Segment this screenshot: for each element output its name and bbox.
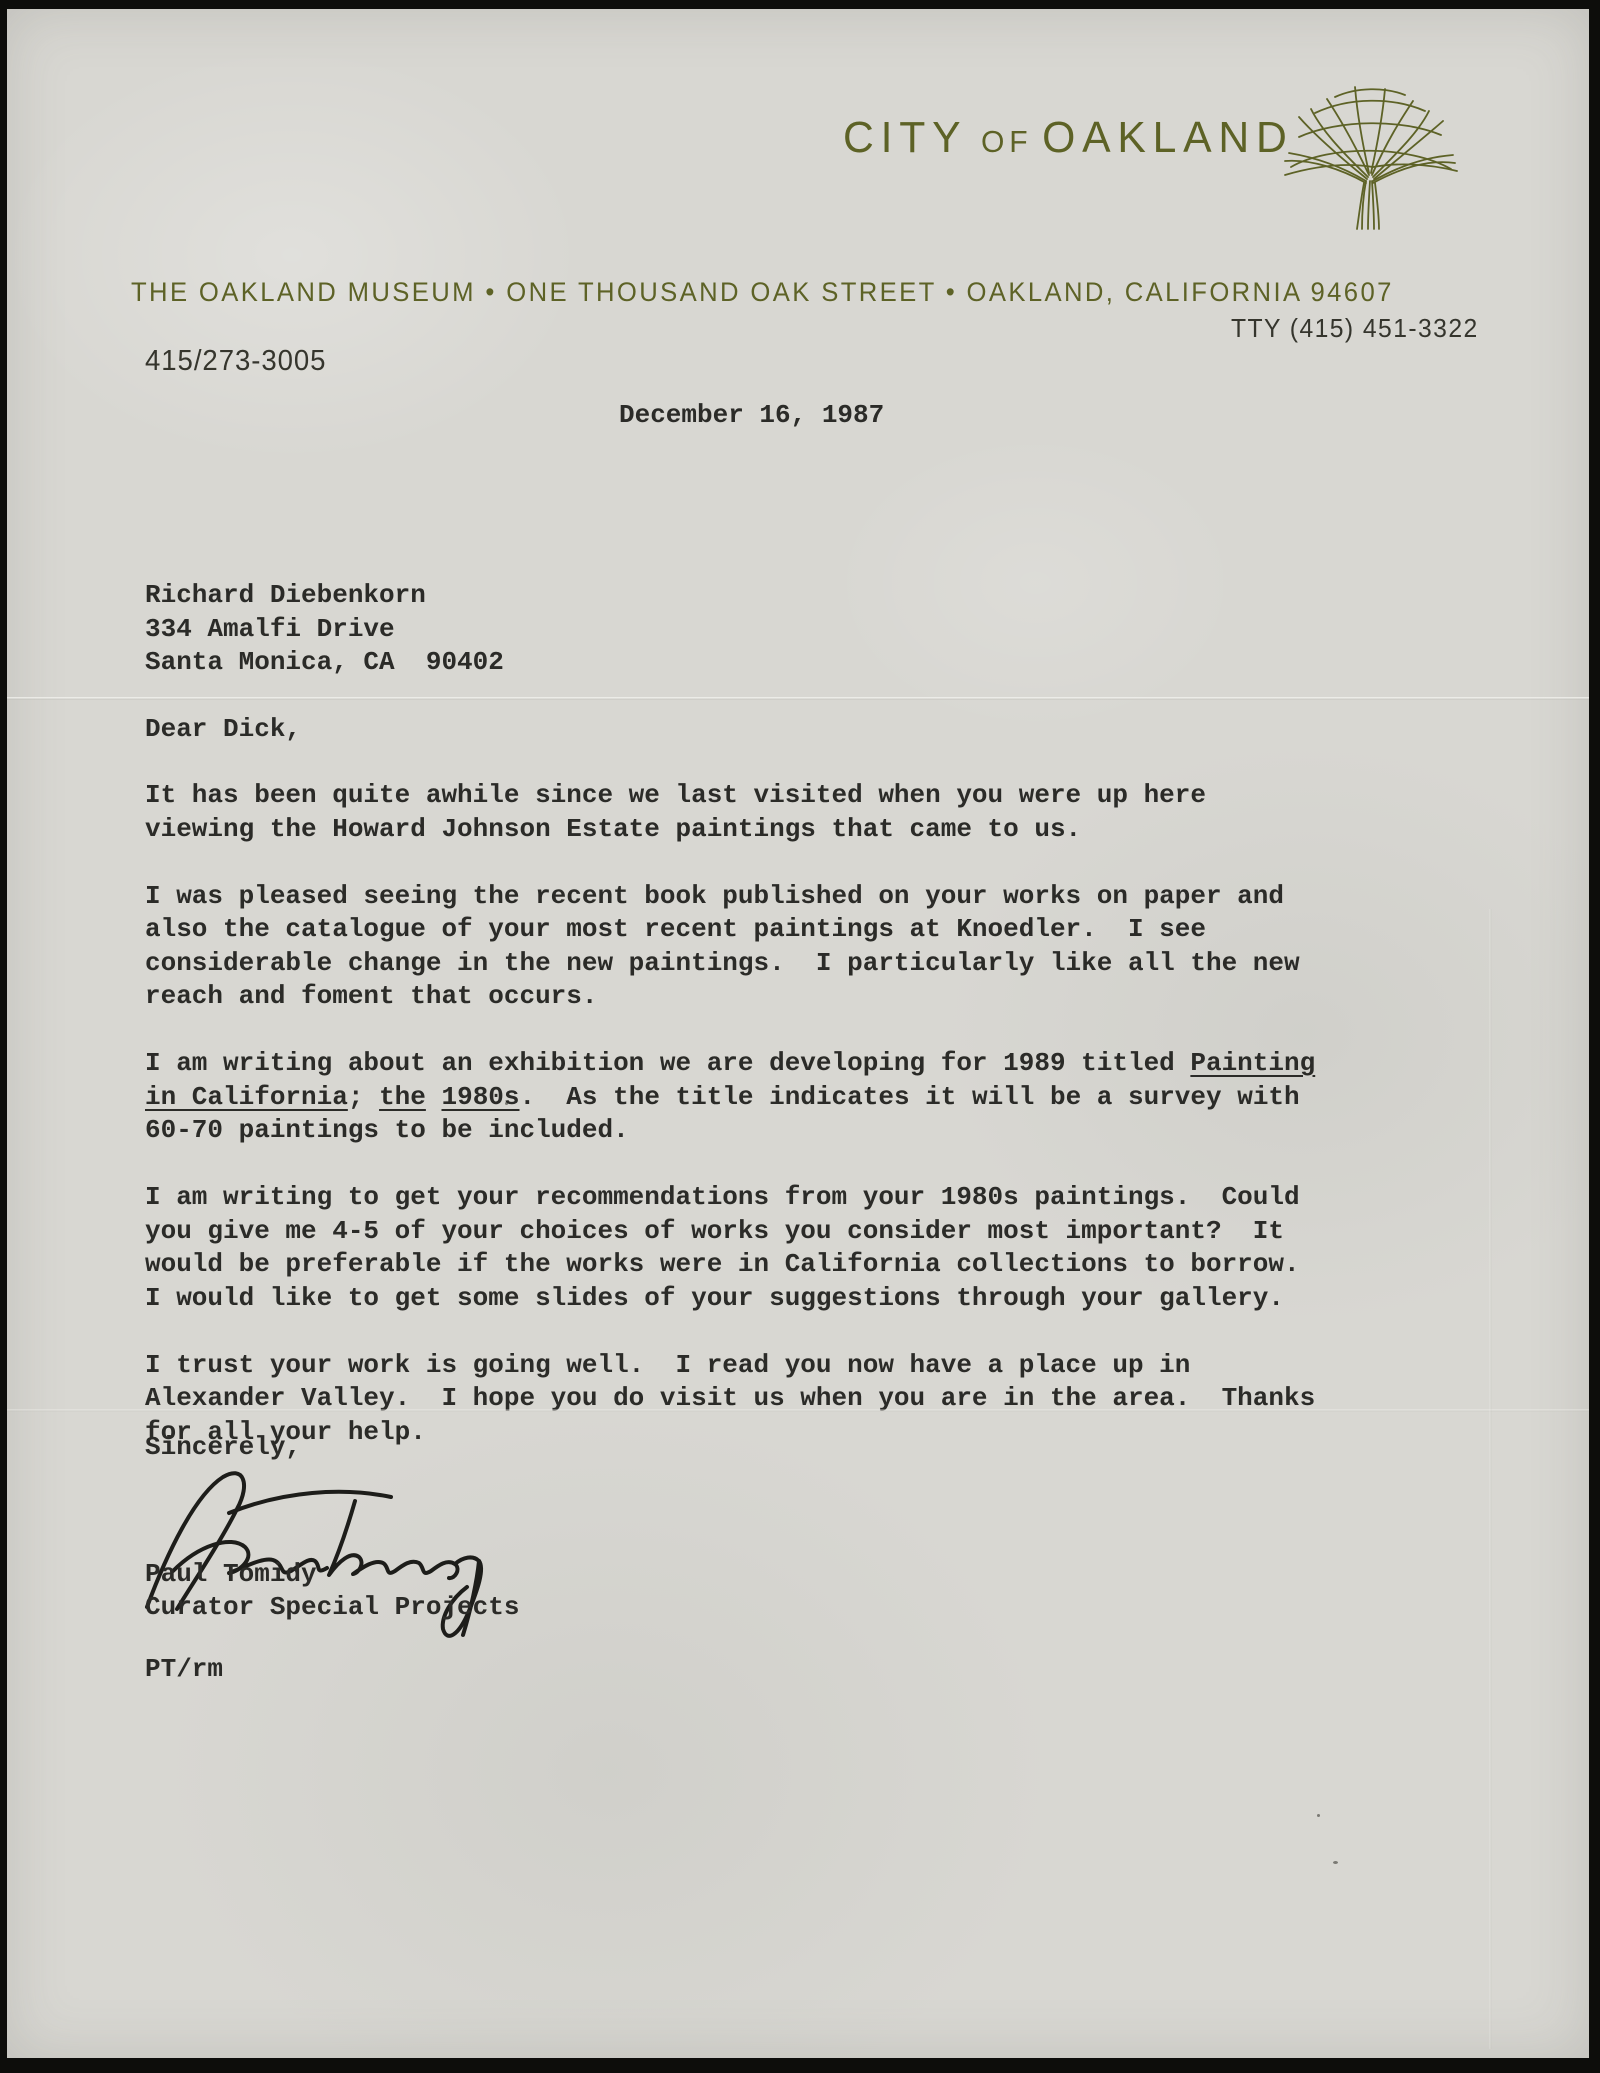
text-line: in California; the 1980s. As the title i…	[145, 1081, 1495, 1115]
paper-fold-crease	[7, 1409, 1589, 1412]
paper-fold-crease	[7, 697, 1589, 700]
text-line: considerable change in the new paintings…	[145, 947, 1495, 981]
reference-initials: PT/rm	[145, 1653, 223, 1687]
text-line: reach and foment that occurs.	[145, 980, 1495, 1014]
paragraph: I was pleased seeing the recent book pub…	[145, 880, 1495, 1014]
address-line: Santa Monica, CA 90402	[145, 646, 504, 680]
signer-name: Paul Tomidy	[145, 1558, 317, 1592]
text-line: for all your help.	[145, 1416, 1495, 1450]
paper-crease-vertical	[1489, 909, 1492, 2049]
salutation: Dear Dick,	[145, 713, 301, 747]
dust-speck	[1317, 1814, 1320, 1817]
address-line: Richard Diebenkorn	[145, 579, 504, 613]
address-line: 334 Amalfi Drive	[145, 613, 504, 647]
text-line: I was pleased seeing the recent book pub…	[145, 880, 1495, 914]
text-line: I am writing to get your recommendations…	[145, 1181, 1495, 1215]
dust-speck	[505, 1102, 508, 1105]
letterhead-title: CITYOFOAKLAND	[843, 113, 1294, 163]
letterhead-tty: TTY (415) 451-3322	[1231, 313, 1479, 344]
letterhead-title-word: OAKLAND	[1042, 113, 1294, 163]
text-line: 60-70 paintings to be included.	[145, 1114, 1495, 1148]
paragraph: It has been quite awhile since we last v…	[145, 779, 1495, 846]
text-line: It has been quite awhile since we last v…	[145, 779, 1495, 813]
paragraphs: It has been quite awhile since we last v…	[145, 779, 1495, 1483]
oak-tree-logo-icon	[1269, 71, 1474, 231]
recipient-address: Richard Diebenkorn334 Amalfi DriveSanta …	[145, 579, 504, 680]
text-line: I am writing about an exhibition we are …	[145, 1047, 1495, 1081]
text-line: viewing the Howard Johnson Estate painti…	[145, 813, 1495, 847]
letter-date: December 16, 1987	[619, 399, 884, 433]
scanned-letter-page: { "colors": { "paper": "#d8d7d2", "scan_…	[0, 0, 1600, 2073]
letterhead-address-line: THE OAKLAND MUSEUM • ONE THOUSAND OAK ST…	[131, 277, 1394, 308]
letterhead-title-word: CITY	[843, 113, 967, 163]
signer-title: Curator Special Projects	[145, 1591, 519, 1625]
paragraph: I am writing about an exhibition we are …	[145, 1047, 1495, 1148]
letterhead-title-word: OF	[981, 124, 1032, 160]
letter-paper: CITYOFOAKLAND	[7, 9, 1589, 2058]
dust-speck	[1333, 1861, 1338, 1864]
paragraph: I trust your work is going well. I read …	[145, 1349, 1495, 1450]
text-line: I would like to get some slides of your …	[145, 1282, 1495, 1316]
text-line: would be preferable if the works were in…	[145, 1248, 1495, 1282]
letterhead-phone: 415/273-3005	[145, 345, 326, 378]
paragraph: I am writing to get your recommendations…	[145, 1181, 1495, 1315]
text-line: you give me 4-5 of your choices of works…	[145, 1215, 1495, 1249]
text-line: I trust your work is going well. I read …	[145, 1349, 1495, 1383]
text-line: also the catalogue of your most recent p…	[145, 913, 1495, 947]
